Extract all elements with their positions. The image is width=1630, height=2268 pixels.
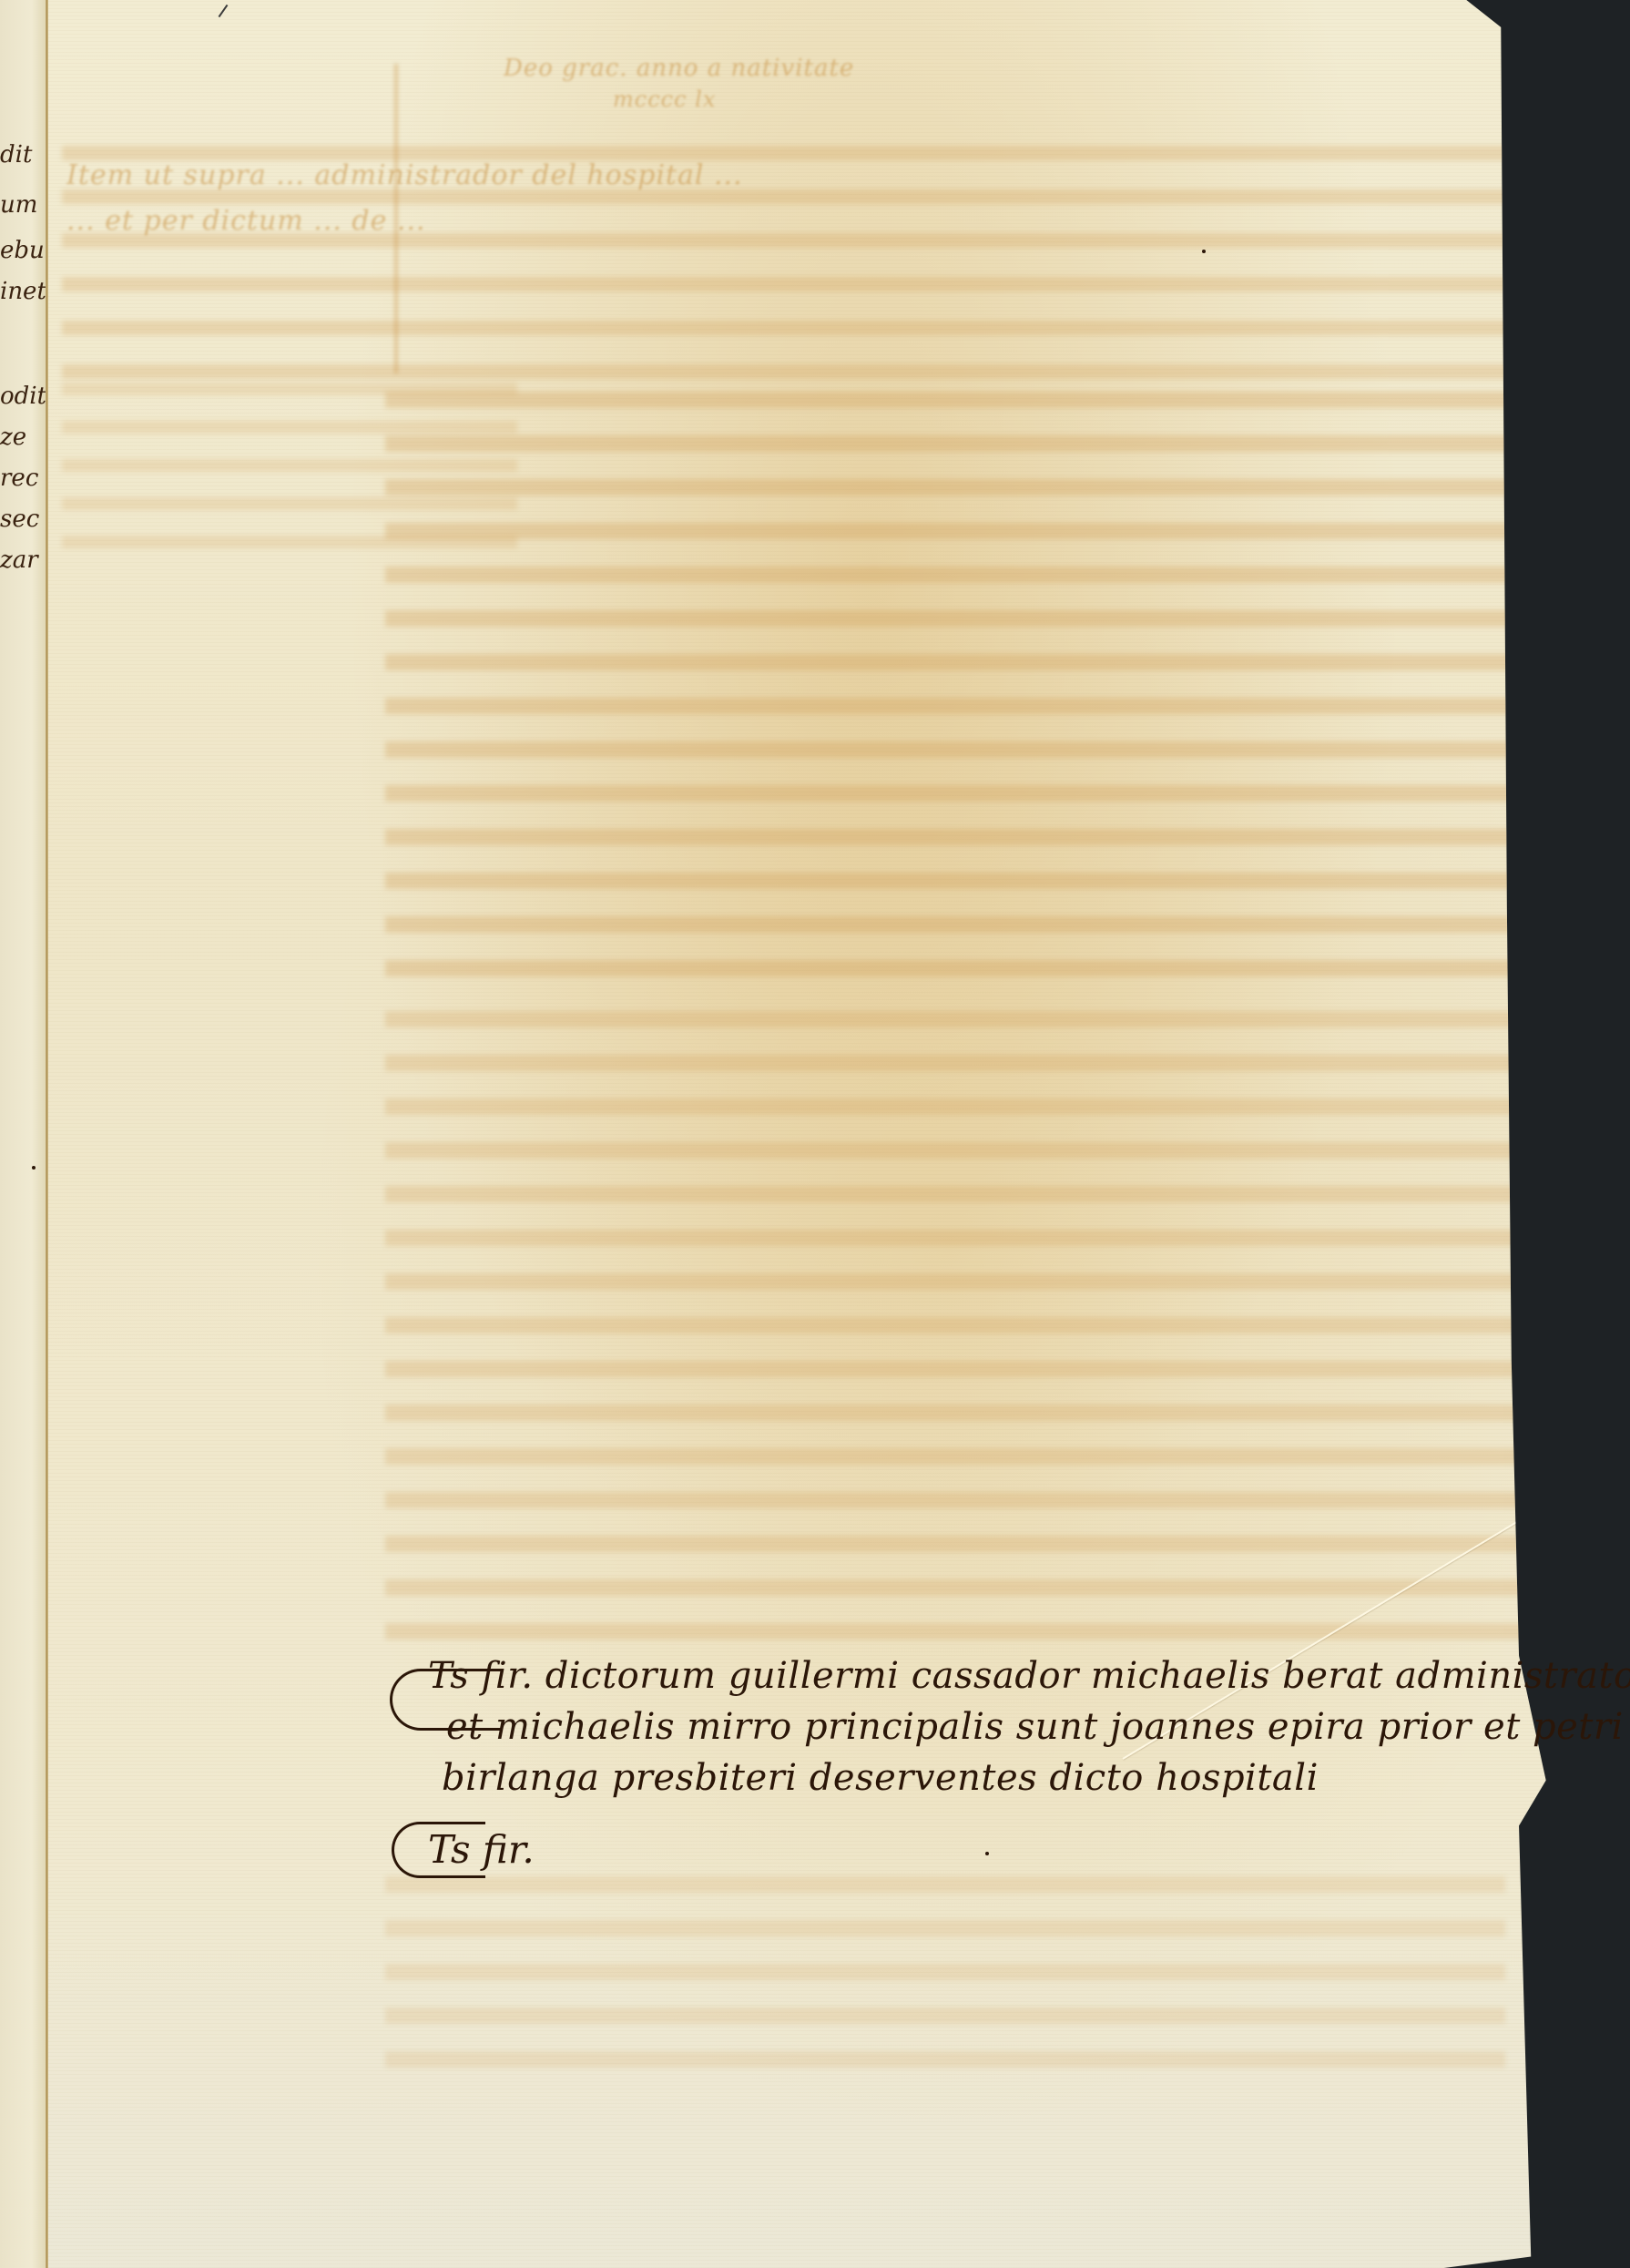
main-text-block: Ts fir. dictorum guillermi cassador mich… <box>392 1650 1539 1803</box>
bleed-through-block <box>385 1876 1505 2077</box>
manuscript-scan: dit um ebu inet odit ze rec sec zar Deo … <box>0 0 1630 2268</box>
bleed-through-text: Deo grac. anno a nativitate <box>504 55 854 82</box>
bleed-through-stroke <box>394 64 398 373</box>
bleed-through-block <box>62 146 1519 383</box>
manuscript-page: Deo grac. anno a nativitate mcccc lx Ite… <box>48 0 1549 2268</box>
ink-dot <box>32 1166 36 1170</box>
text-line: birlanga presbiteri deserventes dicto ho… <box>392 1752 1539 1803</box>
bleed-through-text: mcccc lx <box>613 87 716 112</box>
text-line: et michaelis mirro principalis sunt joan… <box>392 1701 1539 1752</box>
text-line: Ts fir. dictorum guillermi cassador mich… <box>392 1650 1539 1701</box>
ink-dot <box>1202 250 1206 253</box>
bleed-through-block <box>385 1011 1542 1649</box>
book-gutter <box>46 0 48 2268</box>
ink-dot <box>985 1852 989 1855</box>
bleed-through-block <box>385 392 1542 984</box>
signature-line: Ts fir. <box>428 1827 535 1872</box>
